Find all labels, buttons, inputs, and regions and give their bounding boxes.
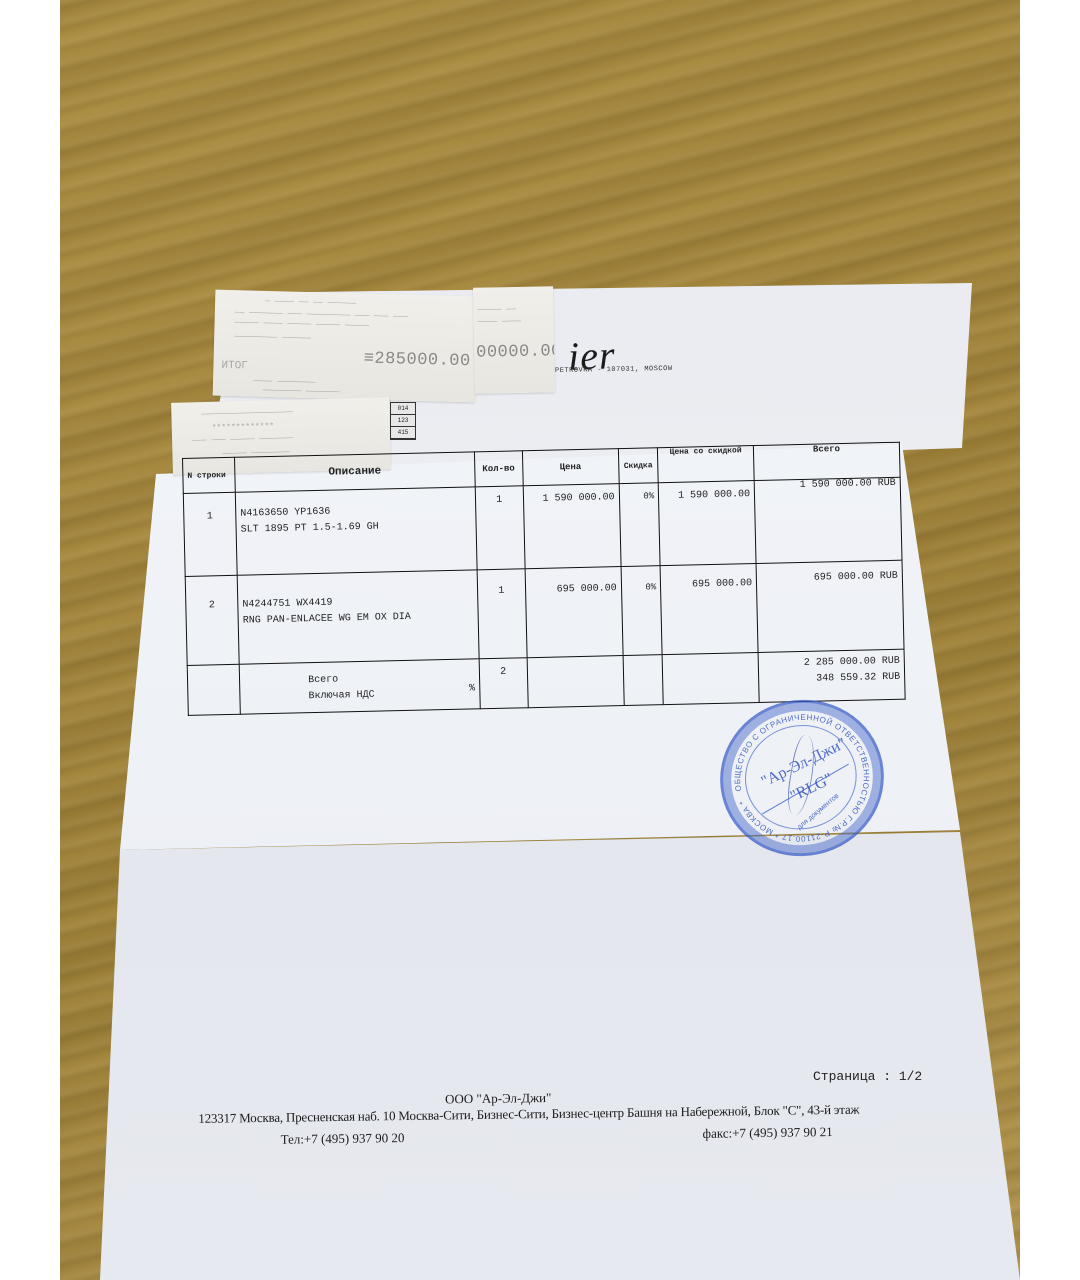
row-discount: 0% <box>621 566 663 656</box>
row-price: 1 590 000.00 <box>523 484 621 569</box>
vat-amount: 348 559.32 RUB <box>763 670 900 689</box>
company-phone: Тел:+7 (495) 937 90 20 <box>281 1130 405 1148</box>
row-quantity: 1 <box>475 486 525 570</box>
col-price: Цена <box>522 449 619 486</box>
totals-empty-cell <box>662 652 759 704</box>
col-total: Всего <box>753 442 900 480</box>
receipt-2-amount: 00000.00 <box>476 342 555 362</box>
col-description: Описание <box>235 452 475 492</box>
invoice-table: N строки Описание Кол-во Цена Скидка Цен… <box>182 442 906 716</box>
totals-empty-cell <box>187 664 240 715</box>
row-description: N4244751 WX4419 RNG PAN-ENLACEE WG EM OX… <box>237 570 479 664</box>
col-quantity: Кол-во <box>474 451 523 487</box>
totals-empty-cell <box>527 656 624 708</box>
row-discounted-price: 695 000.00 <box>660 564 758 655</box>
table-row: 1 N4163650 YP1636 SLT 1895 PT 1.5-1.69 G… <box>183 477 902 576</box>
receipt-1: — ———— —— —— —————— —— ——————— ——— —————… <box>213 290 478 403</box>
row-total: 695 000.00 RUB <box>756 560 904 652</box>
code-2: 123 <box>391 415 415 427</box>
row-discount: 0% <box>619 483 660 567</box>
code-1: 014 <box>391 403 415 415</box>
receipt-total-amount: ≡285000.00 <box>363 349 470 371</box>
row-number: 2 <box>185 575 239 665</box>
col-discounted-price: Цена со скидкой <box>658 446 755 483</box>
company-fax: факс:+7 (495) 937 90 21 <box>702 1124 832 1142</box>
totals-empty-cell <box>623 655 664 706</box>
row-quantity: 1 <box>477 569 527 659</box>
col-row-number: N строки <box>183 457 236 493</box>
code-3: 415 <box>391 427 415 439</box>
page-number: Страница : 1/2 <box>813 1069 922 1084</box>
receipt-total-label: ИТОГ <box>221 360 248 373</box>
receipt-codes: 014 123 415 <box>390 402 416 440</box>
row-total: 1 590 000.00 RUB <box>754 477 902 563</box>
col-discount: Скидка <box>618 448 658 484</box>
row-discounted-price: 1 590 000.00 <box>658 481 756 566</box>
totals-quantity: 2 <box>479 658 528 709</box>
row-description: N4163650 YP1636 SLT 1895 PT 1.5-1.69 GH <box>235 487 477 575</box>
vat-label: Включая НДС <box>308 685 475 705</box>
row-price: 695 000.00 <box>525 567 623 658</box>
vat-percent: % <box>469 681 475 697</box>
totals-labels: Всего Включая НДС % <box>239 659 480 714</box>
receipt-2: ————— —— ———— ———— 00000.00 <box>473 286 555 393</box>
table-row: 2 N4244751 WX4419 RNG PAN-ENLACEE WG EM … <box>185 560 904 665</box>
row-number: 1 <box>183 492 237 576</box>
company-name: ООО "Ар-Эл-Джи" <box>445 1090 551 1107</box>
